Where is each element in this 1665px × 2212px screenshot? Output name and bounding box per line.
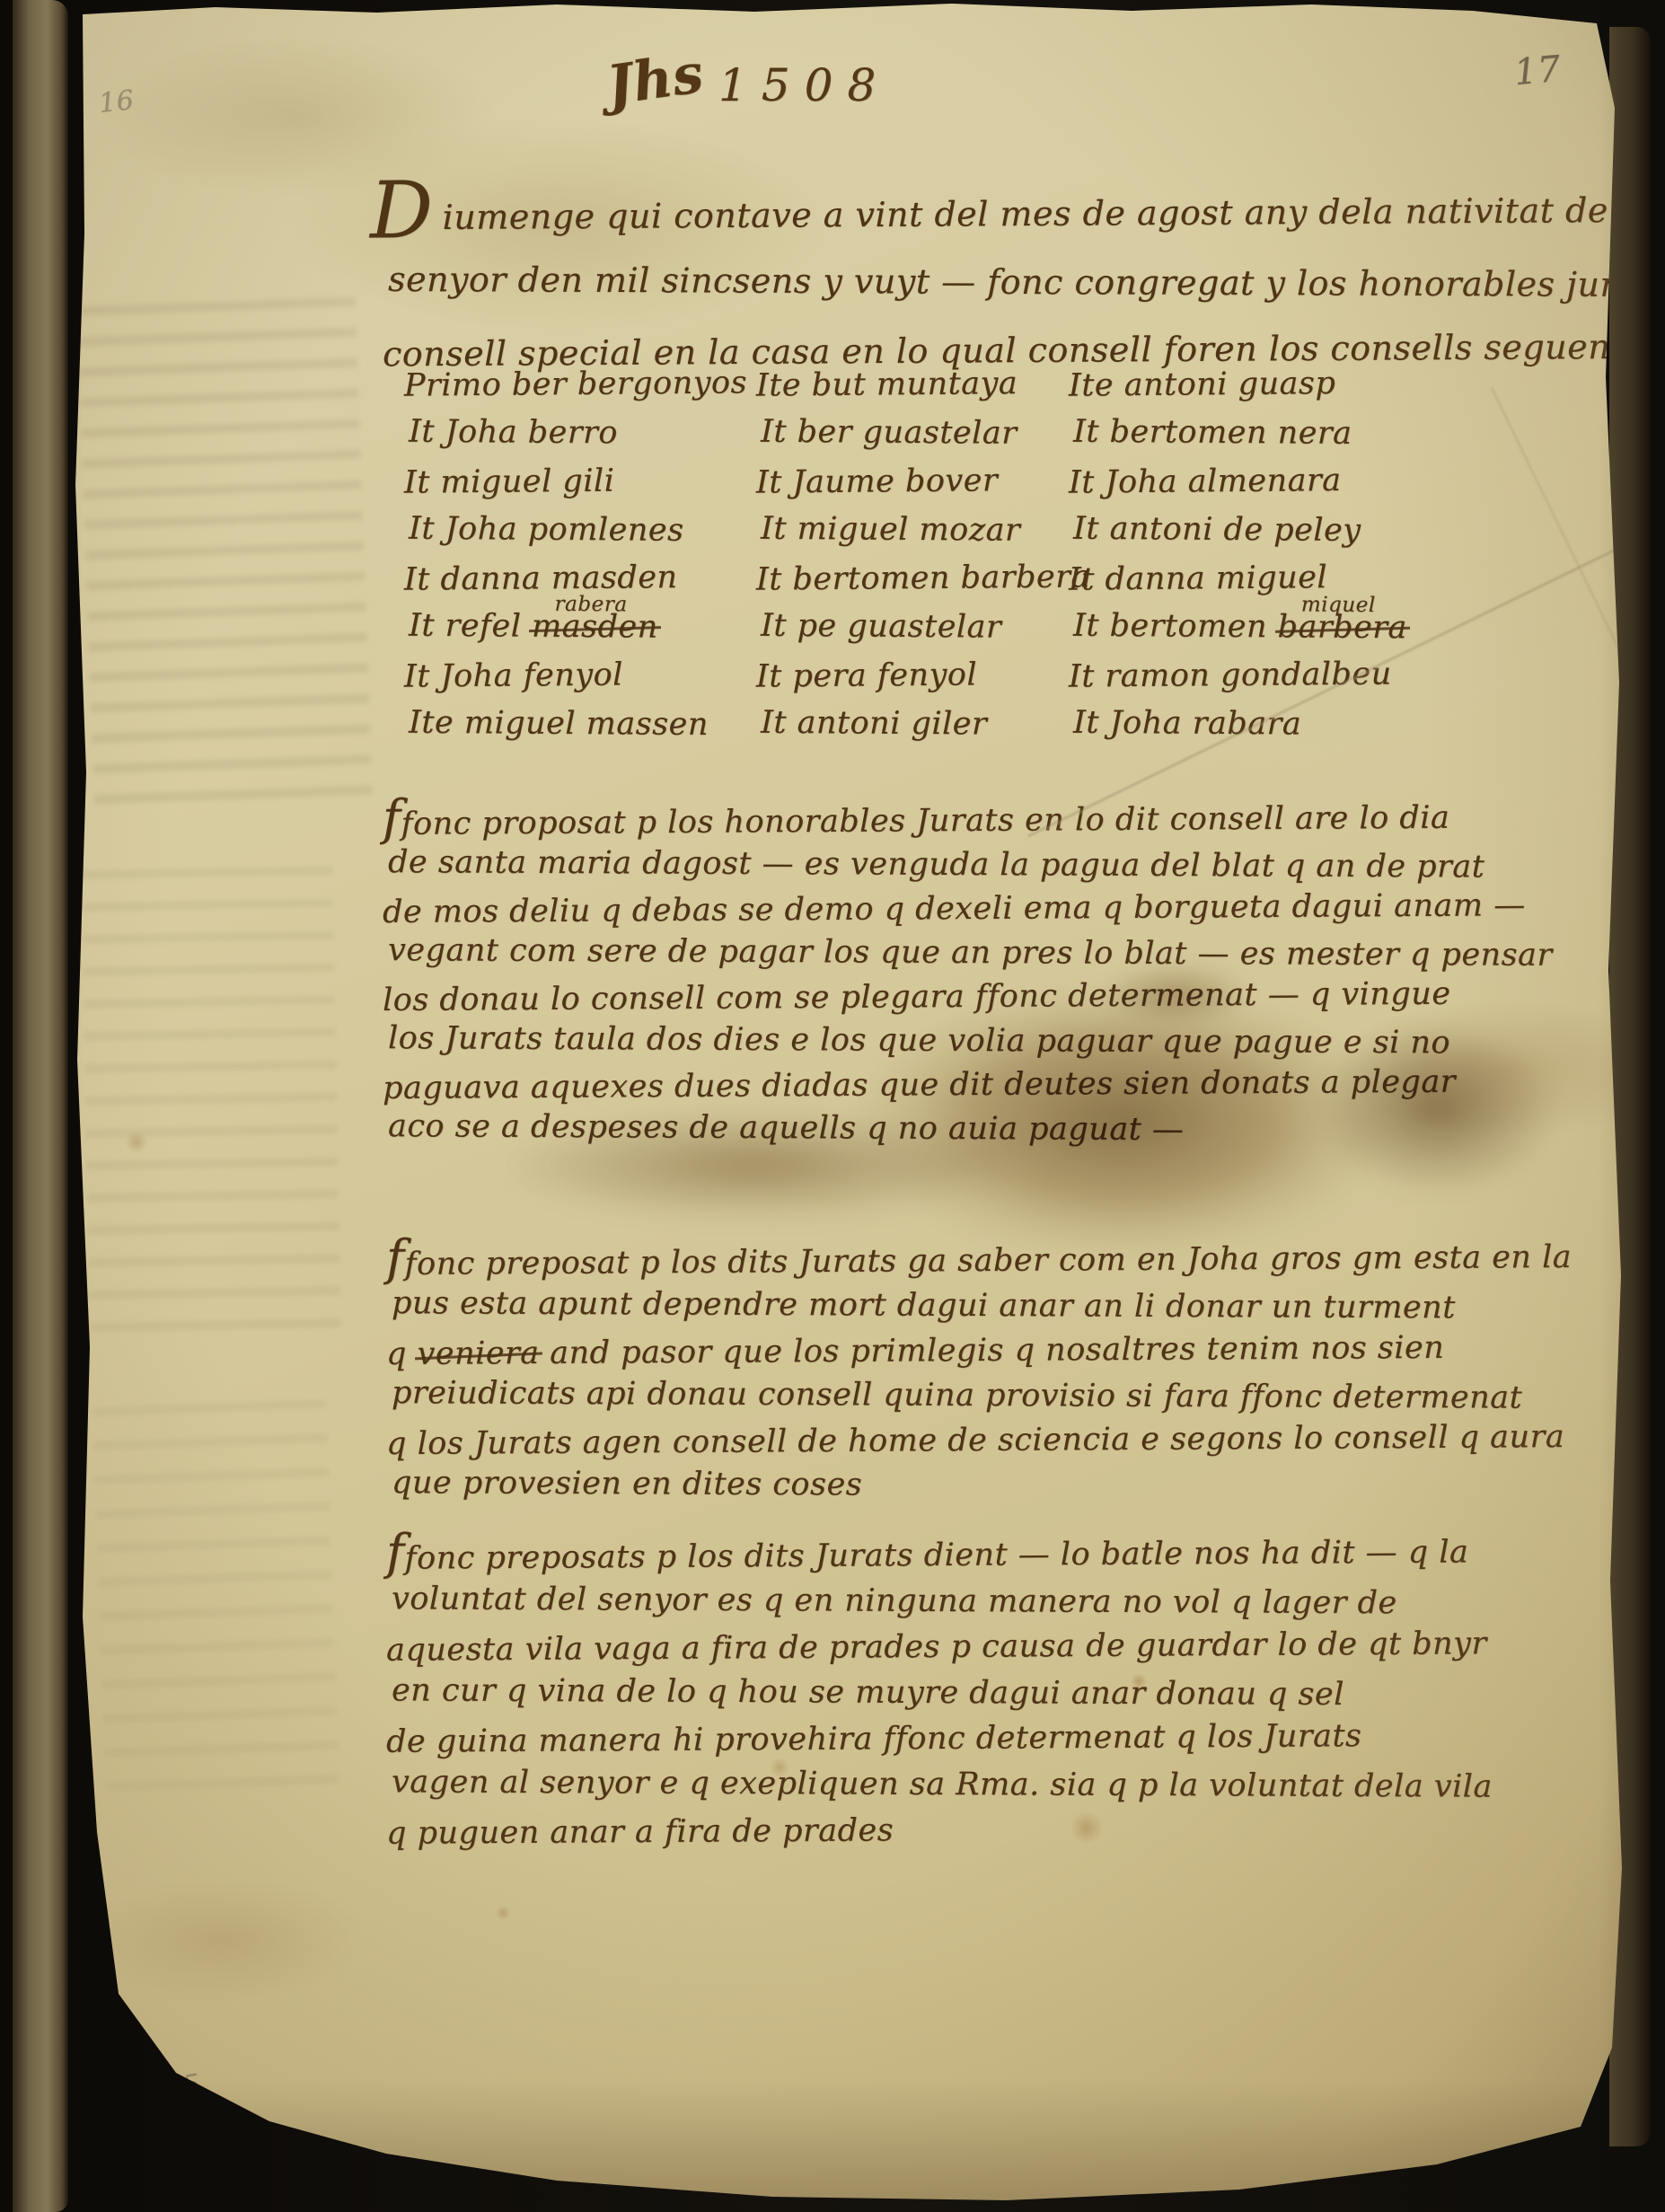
manuscript-line: ffonc proposat p los honorables Jurats e… bbox=[383, 794, 1553, 847]
manuscript-line: q veniera and pasor que los primlegis q … bbox=[386, 1325, 1572, 1377]
resolution-paragraph-1: ffonc proposat p los honorables Jurats e… bbox=[383, 798, 1553, 1151]
council-member: It antoni de peley bbox=[1073, 511, 1407, 562]
manuscript-line: los donau lo consell com se plegara ffon… bbox=[383, 972, 1553, 1023]
resolution-paragraph-2: ffonc preposat p los dits Jurats ga sabe… bbox=[386, 1238, 1572, 1508]
struck-word: veniera bbox=[417, 1335, 539, 1372]
council-member: It Joha almenara bbox=[1069, 462, 1407, 513]
manuscript-line: preiudicats api donau consell quina prov… bbox=[392, 1370, 1572, 1421]
folio-number-bottom: 15 bbox=[163, 2068, 203, 2105]
council-member: It Joha fenyol bbox=[404, 656, 747, 707]
manuscript-line: voluntat del senyor es q en ninguna mane… bbox=[392, 1576, 1493, 1626]
manuscript-line: vegant com sere de pagar los que an pres… bbox=[388, 929, 1553, 978]
council-member: It bertomen barbera bbox=[756, 559, 1090, 610]
council-member: Ite miguel massen bbox=[409, 705, 747, 756]
manuscript-line: de mos deliu q debas se demo q dexeli em… bbox=[383, 884, 1553, 935]
council-member: It miguel mozar bbox=[761, 511, 1090, 562]
council-member: It pe guastelar bbox=[761, 608, 1090, 659]
council-member: It Jaume bover bbox=[756, 462, 1090, 513]
council-member: It antoni giler bbox=[761, 705, 1090, 756]
manuscript-content: Jhs 1508 17 16 15 Diumenge qui contave a… bbox=[0, 0, 1665, 2212]
ihs-monogram: Jhs bbox=[603, 42, 708, 118]
manuscript-scan: Jhs 1508 17 16 15 Diumenge qui contave a… bbox=[0, 0, 1665, 2212]
council-member: It ramon gondalbeu bbox=[1069, 656, 1407, 707]
manuscript-line: q los Jurats agen consell de home de sci… bbox=[386, 1414, 1572, 1467]
council-member: Primo ber bergonyos bbox=[404, 365, 747, 416]
manuscript-line: aco se a despeses de aquells q no auia p… bbox=[388, 1105, 1553, 1154]
resolution-paragraph-3: ffonc preposats p los dits Jurats dient … bbox=[386, 1532, 1493, 1854]
year-heading: 1508 bbox=[718, 59, 890, 111]
manuscript-line: aquesta vila vaga a fira de prades p cau… bbox=[386, 1621, 1493, 1674]
council-member: It refel masdenrabera bbox=[409, 608, 747, 659]
manuscript-line: los Jurats taula dos dies e los que voli… bbox=[388, 1017, 1553, 1066]
manuscript-line: vagen al senyor e q exepliquen sa Rma. s… bbox=[392, 1759, 1493, 1810]
council-member: It bertomen nera bbox=[1073, 414, 1407, 465]
council-member: It ber guastelar bbox=[761, 414, 1090, 465]
folio-number-right: 17 bbox=[1512, 48, 1563, 93]
council-column-1: Primo ber bergonyosIt Joha berroIt migue… bbox=[404, 366, 747, 754]
council-member: It Joha pomlenes bbox=[409, 511, 747, 562]
manuscript-line: que provesien en dites coses bbox=[392, 1460, 1572, 1511]
council-member: It pera fenyol bbox=[756, 656, 1090, 707]
manuscript-line: q puguen anar a fira de prades bbox=[386, 1804, 1493, 1857]
council-member: It bertomen barberamiquel bbox=[1073, 608, 1407, 659]
previous-page-edge bbox=[13, 0, 68, 2212]
manuscript-line: Diumenge qui contave a vint del mes de a… bbox=[383, 176, 1665, 252]
manuscript-line: pus esta apunt dependre mort dagui anar … bbox=[392, 1281, 1572, 1331]
manuscript-line: ffonc preposat p los dits Jurats ga sabe… bbox=[386, 1234, 1572, 1287]
council-member: Ite but muntaya bbox=[756, 365, 1090, 416]
manuscript-line: senyor den mil sincsens y vuyt — fonc co… bbox=[388, 245, 1665, 319]
manuscript-page: Jhs 1508 17 16 15 Diumenge qui contave a… bbox=[0, 0, 1665, 2212]
council-column-2: Ite but muntayaIt ber guastelarIt Jaume … bbox=[756, 366, 1090, 754]
interlinear-correction: miquel bbox=[1301, 593, 1376, 617]
council-member: It Joha rabara bbox=[1073, 705, 1407, 756]
council-member: Ite antoni guasp bbox=[1069, 365, 1407, 416]
manuscript-line: ffonc preposats p los dits Jurats dient … bbox=[386, 1529, 1493, 1582]
opening-paragraph: Diumenge qui contave a vint del mes de a… bbox=[383, 180, 1665, 384]
folio-number-left: 16 bbox=[97, 84, 136, 119]
council-member: It miguel gili bbox=[404, 462, 747, 513]
council-column-3: Ite antoni guaspIt bertomen neraIt Joha … bbox=[1069, 366, 1407, 754]
council-member: It Joha berro bbox=[409, 414, 747, 465]
interlinear-correction: rabera bbox=[554, 592, 627, 616]
manuscript-line: de santa maria dagost — es venguda la pa… bbox=[388, 841, 1553, 890]
manuscript-line: paguava aquexes dues diadas que dit deut… bbox=[383, 1060, 1553, 1111]
manuscript-line: en cur q vina de lo q hou se muyre dagui… bbox=[392, 1668, 1493, 1718]
manuscript-line: de guina manera hi provehira ffonc deter… bbox=[386, 1713, 1493, 1766]
